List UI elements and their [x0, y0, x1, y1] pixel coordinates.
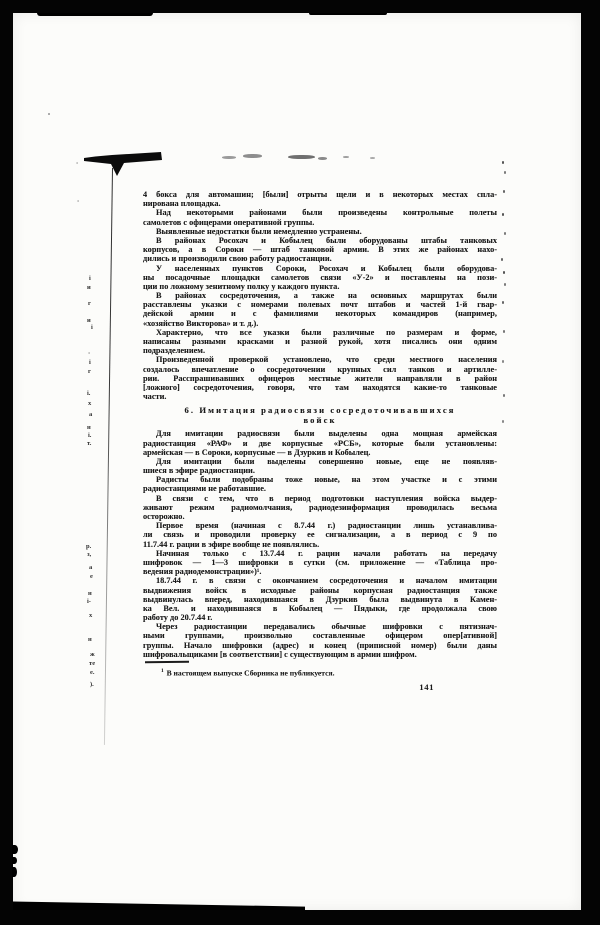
text-line: Характерно, что все указки были различны…: [143, 328, 497, 337]
paragraph: Произведенной проверкой установлено, что…: [143, 355, 497, 401]
gutter-letter-fragment: те: [89, 660, 95, 667]
gutter-letter-fragment: е.: [90, 669, 95, 676]
text-line: шифровальщиками [в соответствии] с сущес…: [143, 650, 497, 659]
gutter-letter-fragment: а: [89, 564, 92, 571]
scan-speck: [503, 330, 505, 333]
scan-smudge: [318, 157, 327, 160]
text-line: подразделением.: [143, 346, 497, 355]
frame-edge-tick: [309, 13, 387, 15]
ink-wedge-mark: [84, 151, 162, 179]
text-line: ведения радиодемонстрации»)¹.: [143, 567, 497, 576]
fold-crease-line: [104, 168, 113, 745]
footnote-rule: [145, 661, 189, 663]
text-line: войск: [143, 415, 497, 425]
scan-speck: [502, 420, 504, 423]
text-line: шифровок — 1—3 шифровки в сутки (см. при…: [143, 558, 497, 567]
gutter-letter-fragment: ·: [76, 160, 78, 167]
scan-speck: [502, 161, 504, 164]
gutter-letter-fragment: х: [89, 612, 92, 619]
text-line: В районах сосредоточения, а также на осн…: [143, 291, 497, 300]
text-line: Над некоторыми районами были произведены…: [143, 208, 497, 217]
gutter-letter-fragment: ж: [90, 651, 95, 658]
gutter-letter-fragment: ·: [77, 198, 79, 205]
text-line: радиостанциями не работавшие.: [143, 484, 497, 493]
scan-speck: [502, 213, 504, 216]
paragraph: В связи с тем, что в период подготовки н…: [143, 494, 497, 522]
gutter-letter-fragment: и: [87, 317, 91, 324]
text-column: 4 бокса для автомашин; [были] отрыты щел…: [143, 190, 497, 659]
text-line: осторожно.: [143, 512, 497, 521]
text-line: 6. Имитация радиосвязи сосредоточивавших…: [143, 405, 497, 415]
text-line: В районах Росохач и Кобылец были оборудо…: [143, 236, 497, 245]
text-line: армейская — в Сороки, корпусные — в Дзур…: [143, 448, 497, 457]
paragraph: Через радиостанции передавались обычные …: [143, 622, 497, 659]
scan-speck: [504, 232, 506, 235]
text-line: В связи с тем, что в период подготовки н…: [143, 494, 497, 503]
text-line: Начиная только с 13.7.44 г. рации начали…: [143, 549, 497, 558]
gutter-letter-fragment: р.: [86, 543, 91, 550]
gutter-letter-fragment: г: [88, 300, 91, 307]
scan-smudge: [343, 156, 349, 158]
gutter-letter-fragment: і: [89, 359, 91, 366]
text-line: [ложного] сосредоточения, говоря, что та…: [143, 383, 497, 392]
text-line: ли связь и проводили проверку ее сигнали…: [143, 530, 497, 539]
section-heading: 6. Имитация радиосвязи сосредоточивавших…: [143, 405, 497, 425]
text-line: работу до 20.7.44 г.: [143, 613, 497, 622]
gutter-letter-fragment: і.: [87, 390, 90, 397]
footnote-marker: 1: [161, 668, 164, 674]
text-line: выдвинулась вперед, находившаяся в Дзурк…: [143, 595, 497, 604]
text-line: 4 бокса для автомашин; [были] отрыты щел…: [143, 190, 497, 199]
gutter-letter-fragment: а: [89, 411, 92, 418]
text-line: Произведенной проверкой установлено, что…: [143, 355, 497, 364]
gutter-letter-fragment: и: [87, 284, 91, 291]
text-line: части.: [143, 392, 497, 401]
gutter-letter-fragment: з,: [87, 551, 91, 558]
frame-edge-blob: [12, 867, 17, 877]
text-line: Для имитации радиосвязи были выделены од…: [143, 429, 497, 438]
text-line: 11.7.44 г. рации в эфире вообще не появл…: [143, 540, 497, 549]
scan-smudge: [48, 113, 50, 115]
text-line: 18.7.44 г. в связи с окончанием сосредот…: [143, 576, 497, 585]
frame-bottom-slant: [13, 901, 305, 910]
footnote: 1В настоящем выпуске Сборника не публику…: [161, 668, 461, 678]
text-line: рии. Расспрашивавших офицеров местные жи…: [143, 374, 497, 383]
scan-smudge: [288, 155, 315, 159]
paragraph: В районах Росохач и Кобылец были оборудо…: [143, 236, 497, 264]
gutter-letter-fragment: і-: [87, 598, 91, 605]
text-line: расставлены указки с номерами полевых по…: [143, 300, 497, 309]
gutter-letter-fragment: н: [87, 424, 91, 431]
text-line: ными группами, произвольно составленные …: [143, 631, 497, 640]
text-line: написаны разными красками и разной рукой…: [143, 337, 497, 346]
gutter-letter-fragment: н: [88, 590, 92, 597]
text-line: радиостанция «РАФ» и две корпусные «РСБ»…: [143, 439, 497, 448]
frame-edge-blob: [12, 845, 18, 854]
text-line: Выявленные недостатки были немедленно ус…: [143, 227, 497, 236]
gutter-letter-fragment: і.: [88, 432, 91, 439]
gutter-letter-fragment: ·: [88, 350, 90, 357]
frame-edge-tick: [37, 13, 153, 16]
paragraph: 4 бокса для автомашин; [были] отрыты щел…: [143, 190, 497, 208]
paragraph: Выявленные недостатки были немедленно ус…: [143, 227, 497, 236]
text-line: выдвижения войск в исходные районы корпу…: [143, 586, 497, 595]
gutter-letter-fragment: і: [89, 275, 91, 282]
paragraph: Первое время (начиная с 8.7.44 г.) радио…: [143, 521, 497, 549]
text-line: дились и производили свою работу радиост…: [143, 254, 497, 263]
scan-speck: [504, 171, 506, 174]
scan-speck: [504, 283, 506, 286]
scan-speck: [503, 394, 505, 397]
gutter-letter-fragment: ).: [90, 681, 94, 688]
gutter-letter-fragment: і: [91, 324, 93, 331]
paragraph: Характерно, что все указки были различны…: [143, 328, 497, 356]
text-line: ции по ложному зенитному полку у каждого…: [143, 282, 497, 291]
footnote-text: В настоящем выпуске Сборника не публикуе…: [167, 669, 335, 678]
gutter-letter-fragment: е: [90, 573, 93, 580]
gutter-letter-fragment: н: [88, 636, 92, 643]
text-line: Через радиостанции передавались обычные …: [143, 622, 497, 631]
text-line: Первое время (начиная с 8.7.44 г.) радио…: [143, 521, 497, 530]
text-line: группы. Начало шифровки (адрес) и конец …: [143, 641, 497, 650]
text-line: У населенных пунктов Сороки, Росохач и К…: [143, 264, 497, 273]
scan-smudge: [243, 154, 262, 158]
text-line: Для имитации были выделены совершенно но…: [143, 457, 497, 466]
gutter-letter-fragment: т.: [87, 440, 91, 447]
paragraph: Начиная только с 13.7.44 г. рации начали…: [143, 549, 497, 577]
paragraph: Для имитации радиосвязи были выделены од…: [143, 429, 497, 457]
scan-speck: [503, 190, 505, 193]
scan-speck: [502, 360, 504, 363]
scan-speck: [502, 301, 504, 304]
text-line: шиеся в эфире радиостанции.: [143, 466, 497, 475]
scan-smudge: [222, 156, 236, 159]
page-number: 141: [143, 682, 434, 692]
scan-speck: [501, 258, 503, 261]
paragraph: Для имитации были выделены совершенно но…: [143, 457, 497, 475]
paragraph: У населенных пунктов Сороки, Росохач и К…: [143, 264, 497, 292]
text-line: Радисты были подобраны тоже новые, на эт…: [143, 475, 497, 484]
paragraph: В районах сосредоточения, а также на осн…: [143, 291, 497, 328]
text-line: самолетов с офицерами оперативной группы…: [143, 218, 497, 227]
paragraph: 18.7.44 г. в связи с окончанием сосредот…: [143, 576, 497, 622]
gutter-letter-fragment: х: [88, 400, 91, 407]
text-line: живают режим радиомолчания, радиодезинфо…: [143, 503, 497, 512]
paragraph: Радисты были подобраны тоже новые, на эт…: [143, 475, 497, 493]
screenshot-root: { "page": { "number": "141", "background…: [0, 0, 600, 925]
scanned-page: ··іигиі·ігі.хані.т.р.з,аені-хнжтее.). 4 …: [13, 13, 581, 910]
scan-speck: [503, 271, 505, 274]
paragraph: Над некоторыми районами были произведены…: [143, 208, 497, 226]
text-line: «хозяйство Викторова» и т. д.).: [143, 319, 497, 328]
text-line: нирована площадка.: [143, 199, 497, 208]
text-line: ка Вел. и находившаяся в Кобылец — Пядык…: [143, 604, 497, 613]
gutter-letter-fragment: г: [88, 368, 91, 375]
text-line: корпусов, а в Сороки — штаб танковой арм…: [143, 245, 497, 254]
scan-smudge: [370, 157, 375, 159]
frame-edge-blob: [12, 857, 17, 864]
text-line: создалось впечатление о сосредоточении к…: [143, 365, 497, 374]
text-line: ны посадочные площадки самолетов связи «…: [143, 273, 497, 282]
text-line: дейской армии и с фамилиями некоторых ко…: [143, 309, 497, 318]
